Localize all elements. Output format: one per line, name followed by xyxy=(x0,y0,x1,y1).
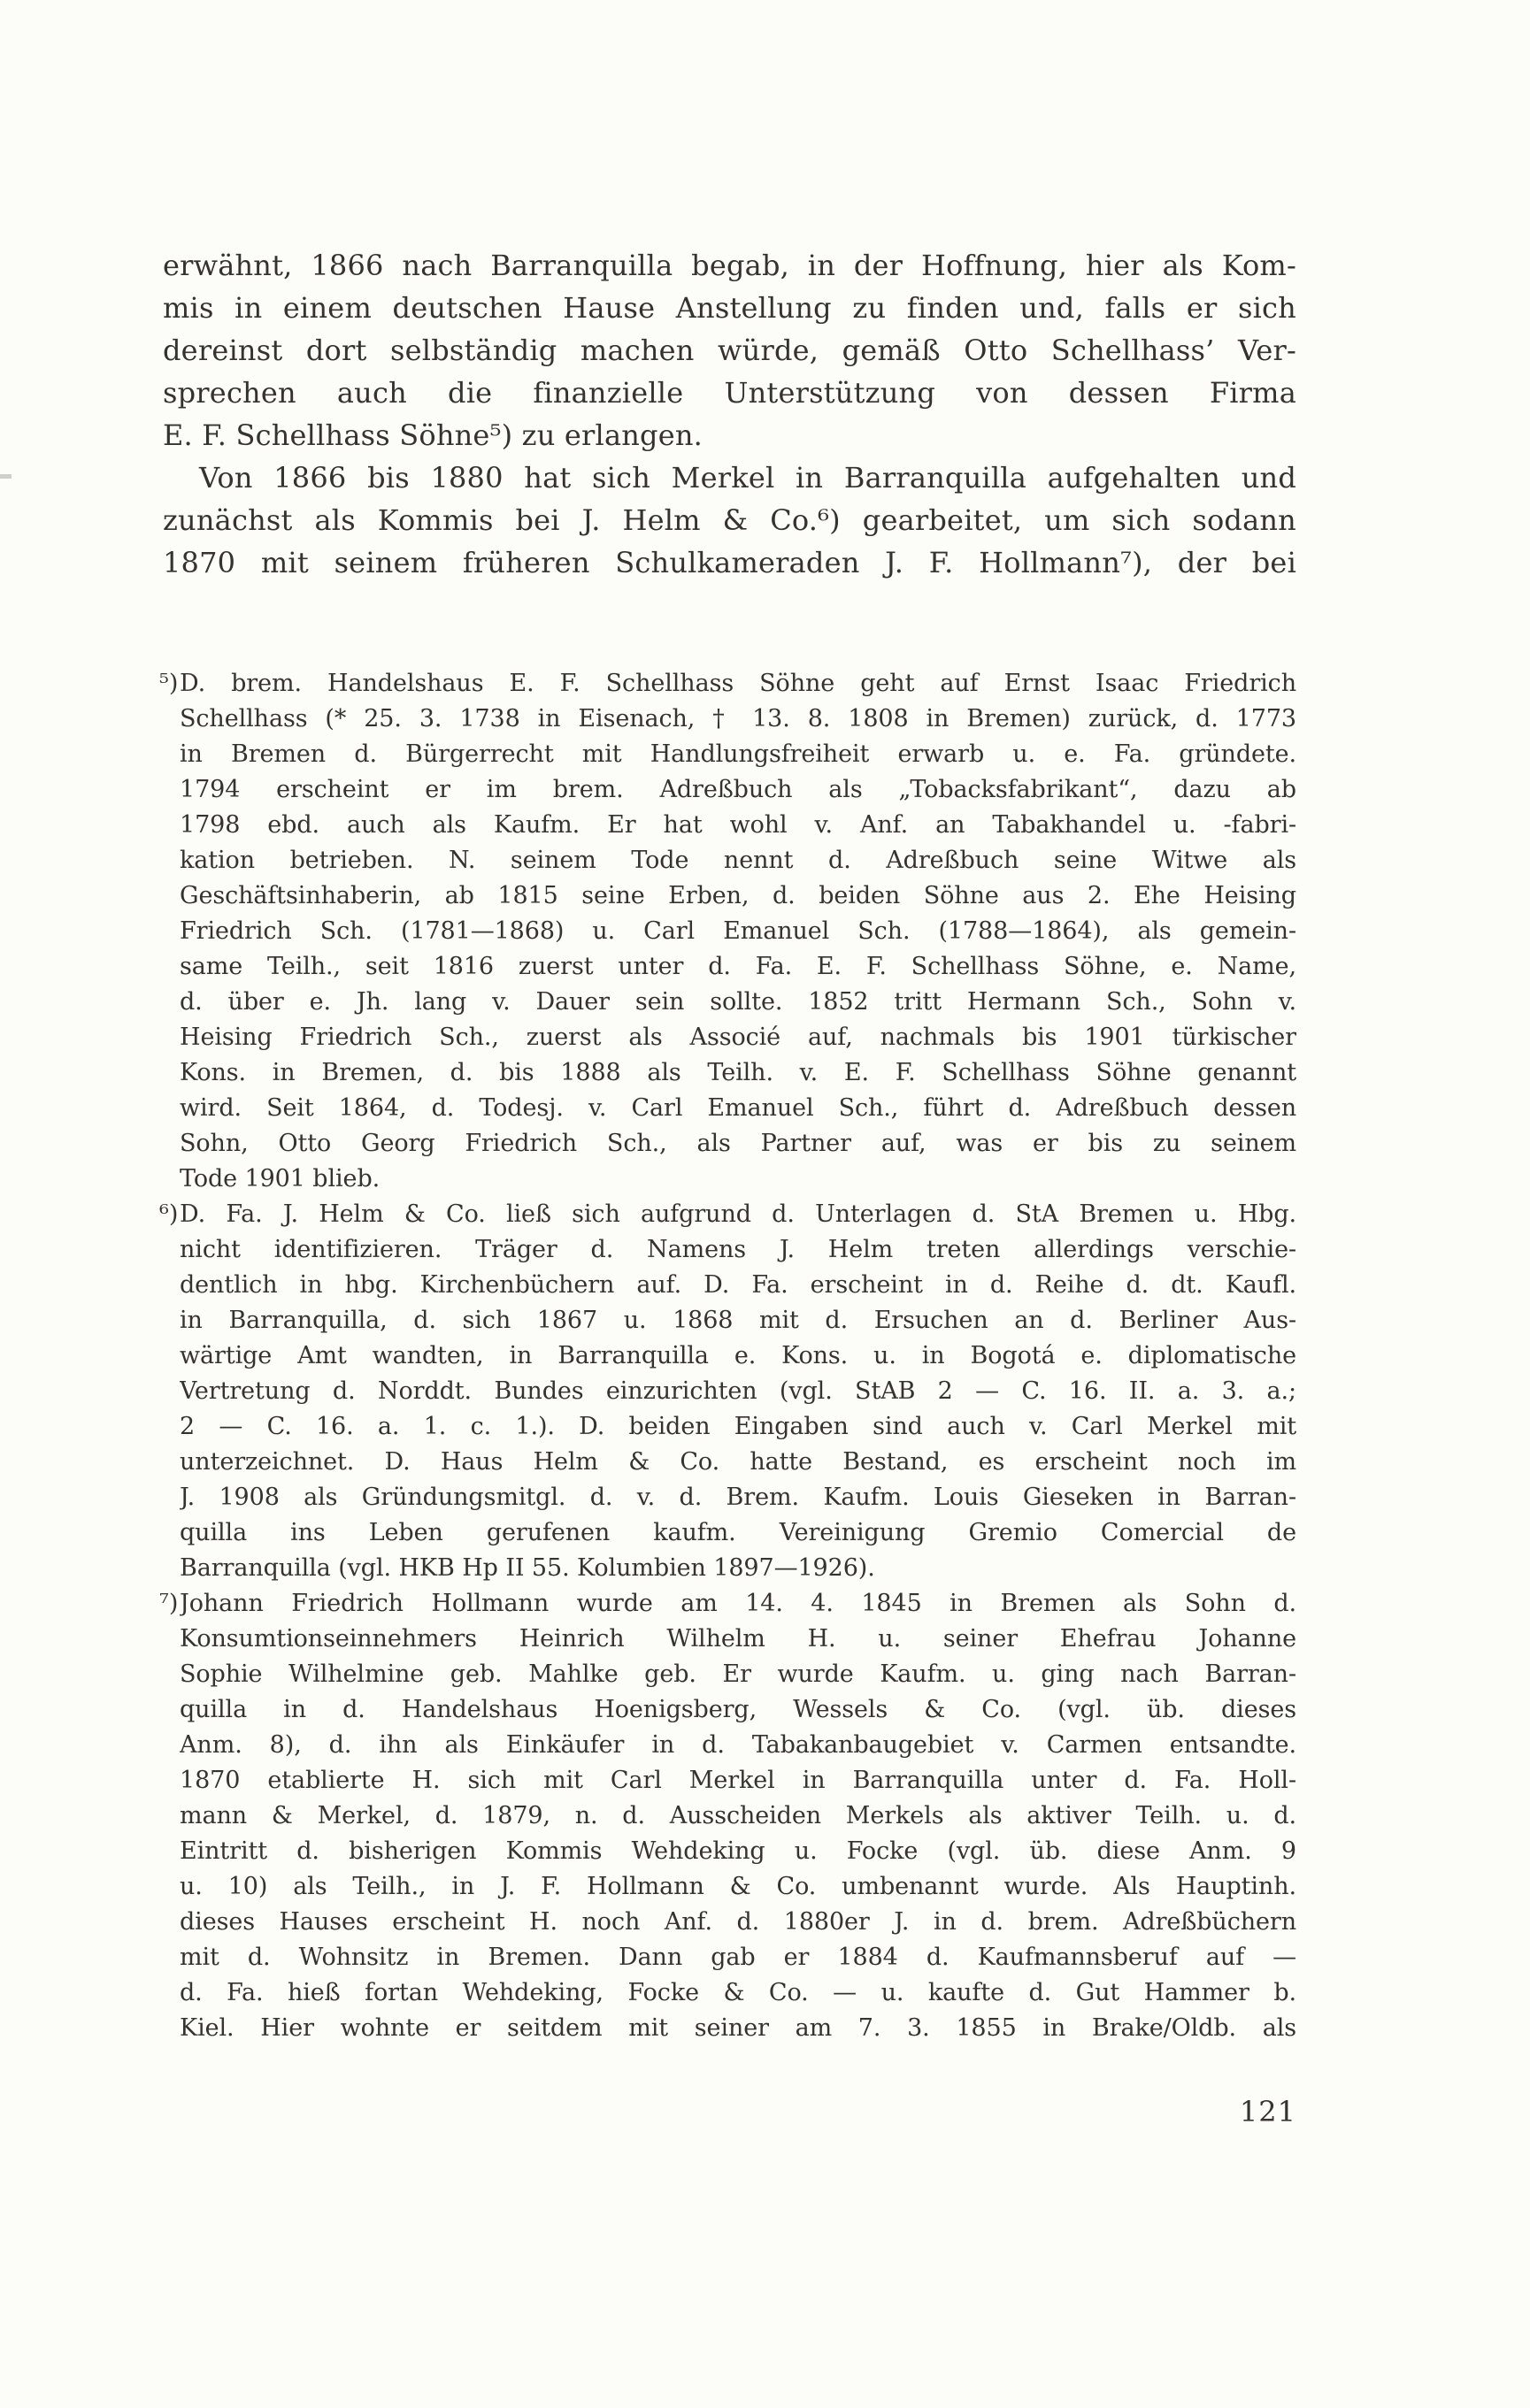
text-line: dereinst dort selbständig machen würde, … xyxy=(163,329,1296,372)
footnote-line: wird. Seit 1864, d. Todesj. v. Carl Eman… xyxy=(180,1091,1296,1126)
footnote-line: Kons. in Bremen, d. bis 1888 als Teilh. … xyxy=(180,1055,1296,1091)
footnote-line: Friedrich Sch. (1781—1868) u. Carl Emanu… xyxy=(180,914,1296,949)
text-line: Von 1866 bis 1880 hat sich Merkel in Bar… xyxy=(163,456,1296,499)
text-line: erwähnt, 1866 nach Barranquilla begab, i… xyxy=(163,244,1296,287)
body-text: erwähnt, 1866 nach Barranquilla begab, i… xyxy=(163,244,1296,584)
text-line: zunächst als Kommis bei J. Helm & Co.⁶) … xyxy=(163,499,1296,541)
footnote-line: mann & Merkel, d. 1879, n. d. Ausscheide… xyxy=(180,1798,1296,1834)
footnote-line: 1794 erscheint er im brem. Adreßbuch als… xyxy=(180,772,1296,808)
footnote-line: dentlich in hbg. Kirchenbüchern auf. D. … xyxy=(180,1268,1296,1303)
footnote-marker: ⁶) xyxy=(159,1197,178,1232)
footnote-line: d. Fa. hieß fortan Wehdeking, Focke & Co… xyxy=(180,1975,1296,2011)
footnote-line: same Teilh., seit 1816 zuerst unter d. F… xyxy=(180,949,1296,985)
footnote-line: D. brem. Handelshaus E. F. Schellhass Sö… xyxy=(180,666,1296,702)
footnote-line: wärtige Amt wandten, in Barranquilla e. … xyxy=(180,1338,1296,1374)
footnote-line: in Bremen d. Bürgerrecht mit Handlungsfr… xyxy=(180,737,1296,772)
footnote-line: D. Fa. J. Helm & Co. ließ sich aufgrund … xyxy=(180,1197,1296,1232)
footnote-line: quilla in d. Handelshaus Hoenigsberg, We… xyxy=(180,1692,1296,1728)
footnote-line: d. über e. Jh. lang v. Dauer sein sollte… xyxy=(180,985,1296,1020)
footnote-line: in Barranquilla, d. sich 1867 u. 1868 mi… xyxy=(180,1303,1296,1338)
text-line: sprechen auch die finanzielle Unterstütz… xyxy=(163,372,1296,414)
page-number: 121 xyxy=(1240,2095,1296,2128)
footnote-line: Johann Friedrich Hollmann wurde am 14. 4… xyxy=(180,1586,1296,1622)
footnote-line: Eintritt d. bisherigen Kommis Wehdeking … xyxy=(180,1834,1296,1869)
footnote-line: 1870 etablierte H. sich mit Carl Merkel … xyxy=(180,1763,1296,1798)
footnote-line: Tode 1901 blieb. xyxy=(180,1162,1296,1197)
footnote-marker: ⁵) xyxy=(159,666,178,702)
footnote-line: Geschäftsinhaberin, ab 1815 seine Erben,… xyxy=(180,878,1296,914)
scan-artifact-mark xyxy=(0,474,12,479)
footnote-line: u. 10) als Teilh., in J. F. Hollmann & C… xyxy=(180,1869,1296,1905)
footnote-line: Sohn, Otto Georg Friedrich Sch., als Par… xyxy=(180,1126,1296,1162)
footnote-line: Sophie Wilhelmine geb. Mahlke geb. Er wu… xyxy=(180,1657,1296,1692)
footnote-line: Schellhass (* 25. 3. 1738 in Eisenach, †… xyxy=(180,702,1296,737)
footnote-line: dieses Hauses erscheint H. noch Anf. d. … xyxy=(180,1905,1296,1940)
book-page: erwähnt, 1866 nach Barranquilla begab, i… xyxy=(0,0,1530,2408)
footnote-marker: ⁷) xyxy=(159,1586,178,1622)
footnote-line: Anm. 8), d. ihn als Einkäufer in d. Taba… xyxy=(180,1728,1296,1763)
footnote-line: Barranquilla (vgl. HKB Hp II 55. Kolumbi… xyxy=(180,1551,1296,1586)
footnote-line: quilla ins Leben gerufenen kaufm. Verein… xyxy=(180,1515,1296,1551)
footnote-line: Vertretung d. Norddt. Bundes einzurichte… xyxy=(180,1374,1296,1409)
footnote-line: Kiel. Hier wohnte er seitdem mit seiner … xyxy=(180,2011,1296,2046)
footnote-line: Konsumtionseinnehmers Heinrich Wilhelm H… xyxy=(180,1622,1296,1657)
footnote: ⁵)D. brem. Handelshaus E. F. Schellhass … xyxy=(180,666,1296,1197)
footnote-line: unterzeichnet. D. Haus Helm & Co. hatte … xyxy=(180,1445,1296,1480)
text-line: mis in einem deutschen Hause Anstellung … xyxy=(163,287,1296,329)
footnote-line: 1798 ebd. auch als Kaufm. Er hat wohl v.… xyxy=(180,808,1296,843)
footnotes-section: ⁵)D. brem. Handelshaus E. F. Schellhass … xyxy=(180,666,1296,2046)
footnote: ⁶)D. Fa. J. Helm & Co. ließ sich aufgrun… xyxy=(180,1197,1296,1586)
footnote-line: kation betrieben. N. seinem Tode nennt d… xyxy=(180,843,1296,878)
footnote-line: nicht identifizieren. Träger d. Namens J… xyxy=(180,1232,1296,1268)
text-line: 1870 mit seinem früheren Schulkameraden … xyxy=(163,541,1296,584)
footnote-line: mit d. Wohnsitz in Bremen. Dann gab er 1… xyxy=(180,1940,1296,1975)
text-line: E. F. Schellhass Söhne⁵) zu erlangen. xyxy=(163,414,1296,456)
footnote: ⁷)Johann Friedrich Hollmann wurde am 14.… xyxy=(180,1586,1296,2046)
footnote-line: Heising Friedrich Sch., zuerst als Assoc… xyxy=(180,1020,1296,1055)
footnote-line: J. 1908 als Gründungsmitgl. d. v. d. Bre… xyxy=(180,1480,1296,1515)
footnote-line: 2 — C. 16. a. 1. c. 1.). D. beiden Einga… xyxy=(180,1409,1296,1445)
